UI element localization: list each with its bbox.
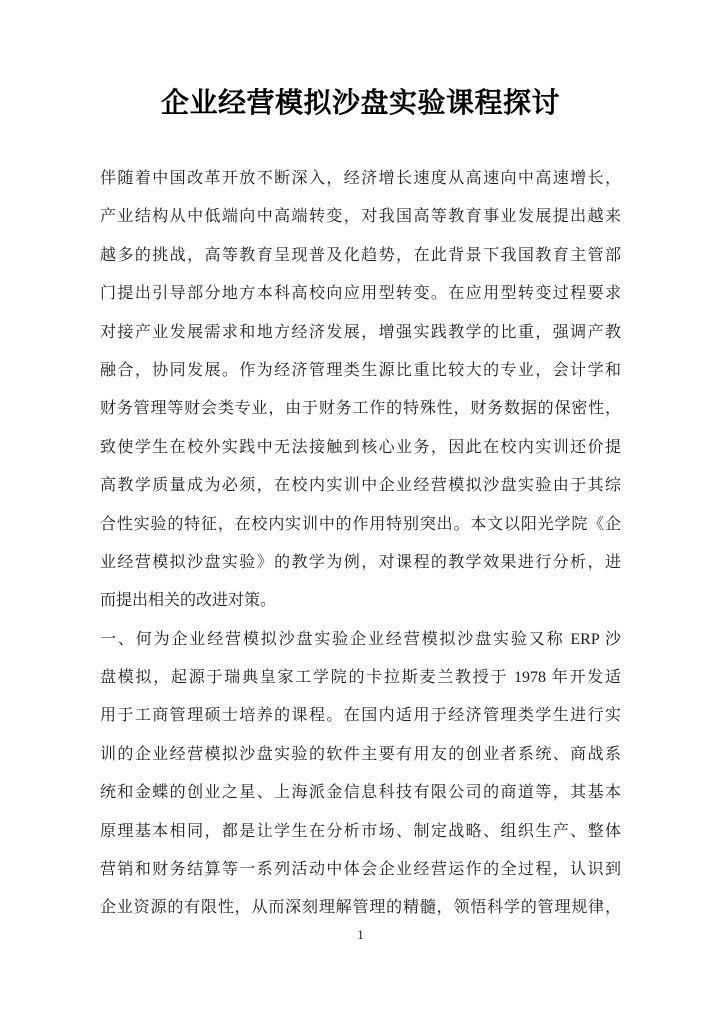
text-line: 而提出相关的改进对策。 xyxy=(100,582,621,620)
paragraph-section-one: 一、何为企业经营模拟沙盘实验企业经营模拟沙盘实验又称 ERP 沙盘模拟，起源于瑞… xyxy=(100,621,621,928)
text-line: 合性实验的特征，在校内实训中的作用特别突出。本文以阳光学院《企 xyxy=(100,506,621,544)
text-line: 融合，协同发展。作为经济管理类生源比重比较大的专业，会计学和 xyxy=(100,352,621,390)
paragraph-intro: 伴随着中国改革开放不断深入，经济增长速度从高速向中高速增长，产业结构从中低端向中… xyxy=(100,160,621,621)
document-title: 企业经营模拟沙盘实验课程探讨 xyxy=(0,84,721,124)
text-line: 用于工商管理硕士培养的课程。在国内适用于经济管理类学生进行实 xyxy=(100,697,621,735)
text-line: 训的企业经营模拟沙盘实验的软件主要有用友的创业者系统、商战系 xyxy=(100,736,621,774)
text-line: 高教学质量成为必须，在校内实训中企业经营模拟沙盘实验由于其综 xyxy=(100,467,621,505)
page-number: 1 xyxy=(0,926,721,944)
text-line: 对接产业发展需求和地方经济发展，增强实践教学的比重，强调产教 xyxy=(100,314,621,352)
text-line: 业经营模拟沙盘实验》的教学为例，对课程的教学效果进行分析，进 xyxy=(100,544,621,582)
text-line: 伴随着中国改革开放不断深入，经济增长速度从高速向中高速增长， xyxy=(100,160,621,198)
text-line: 财务管理等财会类专业，由于财务工作的特殊性，财务数据的保密性， xyxy=(100,390,621,428)
text-line: 致使学生在校外实践中无法接触到核心业务，因此在校内实训还价提 xyxy=(100,429,621,467)
text-line: 产业结构从中低端向中高端转变，对我国高等教育事业发展提出越来 xyxy=(100,198,621,236)
text-line: 原理基本相同，都是让学生在分析市场、制定战略、组织生产、整体 xyxy=(100,813,621,851)
text-line: 越多的挑战，高等教育呈现普及化趋势，在此背景下我国教育主管部 xyxy=(100,237,621,275)
document-body: 伴随着中国改革开放不断深入，经济增长速度从高速向中高速增长，产业结构从中低端向中… xyxy=(100,160,621,928)
text-line: 营销和财务结算等一系列活动中体会企业经营运作的全过程，认识到 xyxy=(100,851,621,889)
text-line: 企业资源的有限性，从而深刻理解管理的精髓，领悟科学的管理规律， xyxy=(100,889,621,927)
text-line: 盘模拟，起源于瑞典皇家工学院的卡拉斯麦兰教授于 1978 年开发适 xyxy=(100,659,621,697)
text-line: 一、何为企业经营模拟沙盘实验企业经营模拟沙盘实验又称 ERP 沙 xyxy=(100,621,621,659)
text-line: 统和金蝶的创业之星、上海派金信息科技有限公司的商道等，其基本 xyxy=(100,774,621,812)
text-line: 门提出引导部分地方本科高校向应用型转变。在应用型转变过程要求 xyxy=(100,275,621,313)
document-page: 企业经营模拟沙盘实验课程探讨 伴随着中国改革开放不断深入，经济增长速度从高速向中… xyxy=(0,0,721,1020)
